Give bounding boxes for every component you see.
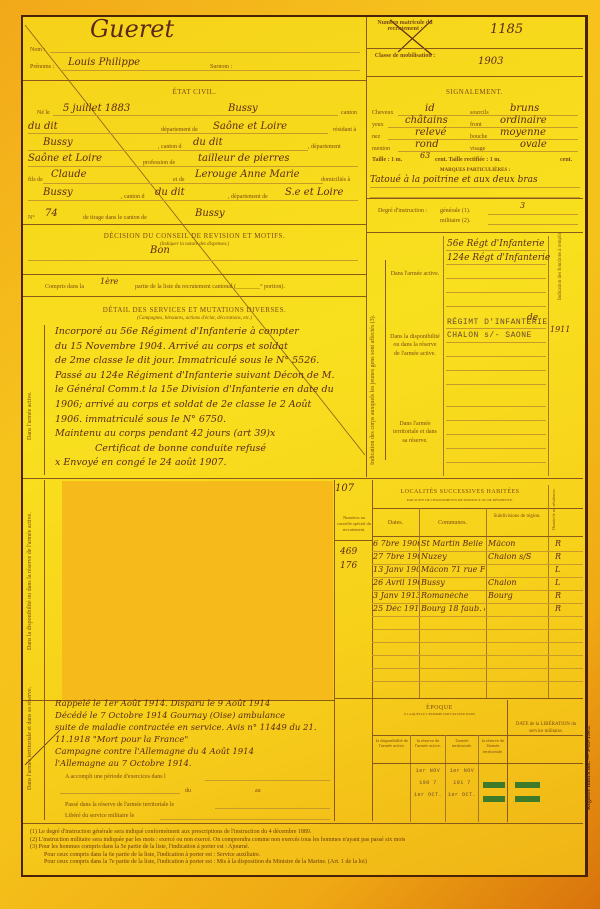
localite-date: 27 7bre 1907 xyxy=(373,553,419,561)
reserve-active-stamps: 1er NOV 190 7 1er OCT. xyxy=(412,768,444,804)
localite-subdivision: Chalon s/S xyxy=(488,553,548,561)
service-line: Incorporé au 56e Régiment d'Infanterie à… xyxy=(55,327,365,342)
service-line: 1906. immatriculé sous le N° 6750. xyxy=(55,415,365,430)
margin-print: Registre matricule. — 9-89-1903. xyxy=(586,726,592,810)
mother-value: Lerouge Anne Marie xyxy=(195,170,300,180)
degre-label: Degré d'instruction : xyxy=(375,207,430,215)
birth-date: 5 juillet 1883 xyxy=(63,104,130,114)
classe-value: 1903 xyxy=(478,57,503,67)
dispo-note: 1911 xyxy=(550,326,570,334)
footnote: (3) Pour les hommes compris dans la 5e p… xyxy=(30,844,580,852)
service-line: Passé au 124e Régiment d'Infanterie suiv… xyxy=(55,371,365,386)
localite-commune: Bourg 18 faub. de Mâcon xyxy=(421,605,485,613)
prenoms-value: Louis Philippe xyxy=(68,58,140,68)
dispo-stamp-2: CHALON s/- SAONE xyxy=(447,331,532,340)
etat-civil-block: Né le 5 juillet 1883 Bussy canton du dit… xyxy=(23,100,366,220)
green-stamp xyxy=(483,782,505,788)
margin-note: 107 xyxy=(335,484,354,494)
fonctions-label: Indication des fonctions à remplir xyxy=(558,233,563,300)
localite-commune: Nuzey xyxy=(421,553,485,561)
nom-label: Nom : xyxy=(30,47,45,53)
service-line: du 15 Novembre 1904. Arrivé au corps et … xyxy=(55,342,365,357)
column-divider xyxy=(366,17,367,477)
tirage-number: 74 xyxy=(45,209,58,219)
nom-value: Gueret xyxy=(90,17,174,41)
canton-value: du dit xyxy=(28,122,58,132)
birth-place: Bussy xyxy=(228,104,258,114)
service-line: de 2me classe le dit jour. Immatriculé s… xyxy=(55,356,365,371)
localite-subdivision: Chalon xyxy=(488,579,548,587)
service-line: 1906; arrivé au corps et soldat de 2e cl… xyxy=(55,400,365,415)
localite-date: 25 Déc 1913 xyxy=(373,605,419,613)
active-corps-2: 124e Régt d'Infanterie xyxy=(447,254,550,263)
active-corps-1: 56e Régt d'Infanterie xyxy=(447,240,545,249)
footnote: (2) L'instruction militaire sera indiqué… xyxy=(30,837,580,845)
footnotes: (1) Le degré d'instruction générale sera… xyxy=(30,829,580,867)
decision-value: Bon xyxy=(150,246,170,256)
signalement-title: SIGNALEMENT. xyxy=(366,88,583,96)
green-stamp xyxy=(515,796,540,802)
marques-value: Tatoué à la poitrine et aux deux bras xyxy=(370,176,538,185)
localite-commune: Mâcon 71 rue Franche Lorme xyxy=(421,566,485,574)
epoque-title: ÉPOQUE xyxy=(372,705,507,711)
localite-commune: Romanèche xyxy=(421,592,485,600)
green-stamp xyxy=(515,782,540,788)
service-line: Certificat de bonne conduite refusé xyxy=(55,444,365,459)
localite-commune: St Martin Belle Roche xyxy=(421,540,485,548)
prenoms-label: Prénoms : xyxy=(30,64,54,70)
localite-subdivision: Bourg xyxy=(488,592,548,600)
localites-title: LOCALITÉS SUCCESSIVES HABITÉES xyxy=(372,489,548,495)
controle-header: Numéros au contrôle spécial du recruteme… xyxy=(336,515,372,533)
footnote: Pour ceux compris dans la 6e partie de l… xyxy=(30,852,580,860)
territorial-line: l'Allemagne au 7 Octobre 1914. xyxy=(55,760,335,772)
localite-type: R xyxy=(555,605,575,613)
domicile-value: Bussy xyxy=(43,188,73,198)
localite-date: 26 Avril 1909 xyxy=(373,579,419,587)
active-label: Dans l'armée active. xyxy=(390,270,440,278)
service-line: le Général Comm.t la 15e Division d'Infa… xyxy=(55,385,365,400)
tirage-canton: Bussy xyxy=(195,209,225,219)
resident-value: Bussy xyxy=(43,138,73,148)
affectation-vertical-label: Indication des corps auxquels les jeunes… xyxy=(370,315,376,465)
side-label-terr: Dans l'armée territoriale et dans sa rés… xyxy=(27,687,33,790)
localite-date: 6 7bre 1906 xyxy=(373,540,419,548)
service-line: Maintenu au corps pendant 42 jours (art … xyxy=(55,429,365,444)
localite-date: 13 Janv 1909 xyxy=(373,566,419,574)
decision-title: DÉCISION DU CONSEIL DE REVISION ET MOTIF… xyxy=(23,232,366,240)
side-label-active: Dans l'armée active. xyxy=(27,391,33,440)
redacted-area xyxy=(62,481,333,701)
matricule-label: Numéro matricule du recrutement : xyxy=(370,20,440,32)
footnote: (1) Le degré d'instruction générale sera… xyxy=(30,829,580,837)
etat-civil-title: ÉTAT CIVIL. xyxy=(23,88,366,96)
localite-type: R xyxy=(555,540,575,548)
localite-type: L xyxy=(555,579,575,587)
territoriale-stamps: 1er NOV 191 7 1er OCT. xyxy=(447,768,477,804)
localite-type: R xyxy=(555,553,575,561)
services-entries: Incorporé au 56e Régiment d'Infanterie à… xyxy=(55,327,365,473)
partie-value: 1ère xyxy=(100,278,118,286)
taille-value: 63 xyxy=(420,152,430,160)
matricule-label-box: Numéro matricule du recrutement : xyxy=(370,20,440,32)
localite-type: R xyxy=(555,592,575,600)
controle-value: 469 xyxy=(340,548,357,557)
localite-type: L xyxy=(555,566,575,574)
controle-value: 176 xyxy=(340,562,357,571)
green-stamp xyxy=(483,796,505,802)
matricule-value: 1185 xyxy=(490,23,523,36)
instruction-generale-value: 3 xyxy=(520,202,525,210)
localite-date: 3 Janv 1913 xyxy=(373,592,419,600)
service-line: x Envoyé en congé le 24 août 1907. xyxy=(55,458,365,473)
liberation-header: DATE de la LIBÉRATION du service militai… xyxy=(510,722,582,735)
signalement-block: Cheveux id sourcils bruns yeux châtains … xyxy=(370,102,580,202)
dispo-label: Dans la disponibilité ou dans la réserve… xyxy=(390,333,440,358)
localite-commune: Bussy xyxy=(421,579,485,587)
side-label-dispo: Dans la disponibilité ou dans la réserve… xyxy=(27,520,33,650)
profession-value: tailleur de pierres xyxy=(198,154,290,164)
territorial-entries: Rappelé le 1er Août 1914. Disparu le 9 A… xyxy=(55,700,335,772)
localite-subdivision: Mâcon xyxy=(488,540,548,548)
terr-label: Dans l'armée territoriale et dans sa rés… xyxy=(390,420,440,445)
footnote: Pour ceux compris dans la 7e partie de l… xyxy=(30,859,580,867)
father-value: Claude xyxy=(51,170,87,180)
classe-label: Classe de mobilisation : xyxy=(370,53,440,59)
departement-value: Saône et Loire xyxy=(213,122,287,132)
services-title: DÉTAIL DES SERVICES ET MUTATIONS DIVERSE… xyxy=(23,306,366,314)
